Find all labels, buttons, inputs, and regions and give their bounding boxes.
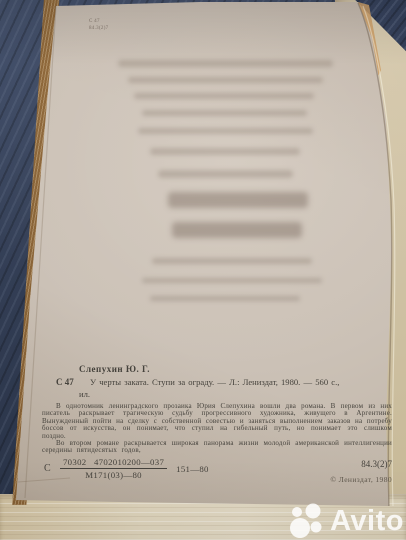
formula-suffix: 151—80 (176, 464, 209, 474)
avito-logo-icon (289, 503, 325, 539)
copyright-line: © Лениздат, 1980 (330, 475, 392, 484)
publishing-code-formula: С 70302 4702010200—037 М171(03)—80 151—8… (44, 457, 209, 480)
bibliographic-entry-continuation: ил. (79, 389, 90, 399)
annotation-paragraph-1: В однотомник ленинградского прозаика Юри… (42, 403, 392, 440)
formula-fraction: 70302 4702010200—037 М171(03)—80 (60, 457, 167, 480)
book-listing-photo: С 47 84.3(2)7 Слепухин Ю. Г. С 47 У черт… (0, 0, 406, 540)
avito-watermark: Avito (289, 503, 406, 539)
bibliographic-entry: У черты заката. Ступи за ограду. — Л.: Л… (90, 377, 339, 387)
formula-numerator: 70302 4702010200—037 (60, 457, 167, 469)
stamp-line-2: 84.3(2)7 (89, 26, 108, 33)
formula-denominator: М171(03)—80 (60, 469, 167, 480)
annotation-paragraph-2: Во втором романе раскрывается широкая па… (42, 440, 392, 455)
author-line: Слепухин Ю. Г. (79, 364, 150, 374)
catalog-index: С 47 (56, 377, 74, 387)
library-pencil-stamp: С 47 84.3(2)7 (89, 19, 108, 32)
avito-wordmark: Avito (330, 505, 404, 538)
annotation-block: В однотомник ленинградского прозаика Юри… (42, 403, 392, 455)
bbk-classification-code: 84.3(2)7 (361, 459, 392, 469)
formula-prefix: С (44, 463, 51, 474)
